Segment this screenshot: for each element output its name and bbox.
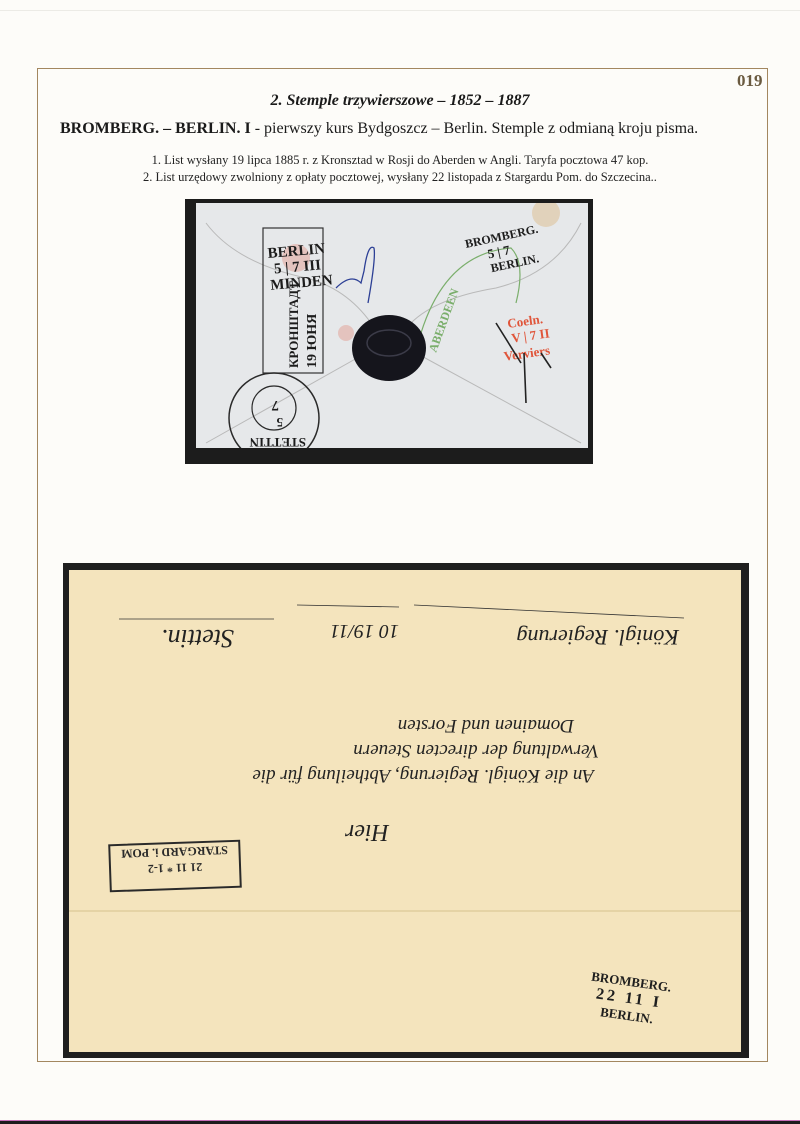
page-edge (0, 10, 800, 11)
envelope-1-artwork: КРОНШТАДТ 19 ЮНЯ BERLIN 5 | 7 III MINDEN… (196, 203, 588, 448)
svg-text:ABERDEEN: ABERDEEN (426, 286, 462, 354)
svg-text:Hier: Hier (344, 819, 390, 845)
note-2: 2. List urzędowy zwolniony z opłaty pocz… (0, 169, 800, 186)
svg-text:Königl. Regierung: Königl. Regierung (516, 625, 680, 650)
envelope-1: КРОНШТАДТ 19 ЮНЯ BERLIN 5 | 7 III MINDEN… (196, 203, 588, 448)
svg-text:10 19/11: 10 19/11 (330, 620, 399, 642)
bottom-strip (0, 1120, 800, 1124)
coeln-verviers-stamp: Coeln. V | 7 II Verviers (498, 310, 552, 363)
page-number: 019 (737, 71, 763, 91)
svg-text:Domainen und Forsten: Domainen und Forsten (398, 715, 575, 736)
section-title: 2. Stemple trzywierszowe – 1852 – 1887 (0, 92, 800, 110)
envelope-2: Stettin. 10 19/11 Königl. Regierung Doma… (69, 570, 741, 1052)
note-1: 1. List wysłany 19 lipca 1885 r. z Krons… (0, 152, 800, 169)
route-title: BROMBERG. – BERLIN. I (60, 120, 251, 137)
fold-line (69, 910, 741, 912)
svg-text:An die Königl. Regierung, Abth: An die Königl. Regierung, Abtheilung für… (252, 765, 596, 786)
bromberg-berlin-stamp-1: BROMBERG. 5 | 7 BERLIN. (464, 222, 546, 280)
route-description: - pierwszy kurs Bydgoszcz – Berlin. Stem… (251, 120, 698, 137)
svg-text:Stettin.: Stettin. (161, 624, 234, 653)
svg-text:STETTIN: STETTIN (249, 435, 306, 448)
stettin-stamp: 5 7 STETTIN (229, 373, 319, 448)
wax-seal (352, 315, 426, 381)
route-heading: BROMBERG. – BERLIN. I - pierwszy kurs By… (60, 120, 698, 138)
svg-text:5: 5 (276, 415, 283, 430)
svg-text:Verwaltung der directen Steuer: Verwaltung der directen Steuern (353, 740, 599, 761)
svg-text:19 ЮНЯ: 19 ЮНЯ (305, 314, 320, 368)
item-notes: 1. List wysłany 19 lipca 1885 r. z Krons… (0, 152, 800, 186)
stargard-stamp: 21 11 * 1-2 STARGARD i. POM (108, 840, 242, 893)
svg-text:КРОНШТАДТ: КРОНШТАДТ (286, 281, 301, 368)
svg-text:7: 7 (271, 397, 279, 413)
